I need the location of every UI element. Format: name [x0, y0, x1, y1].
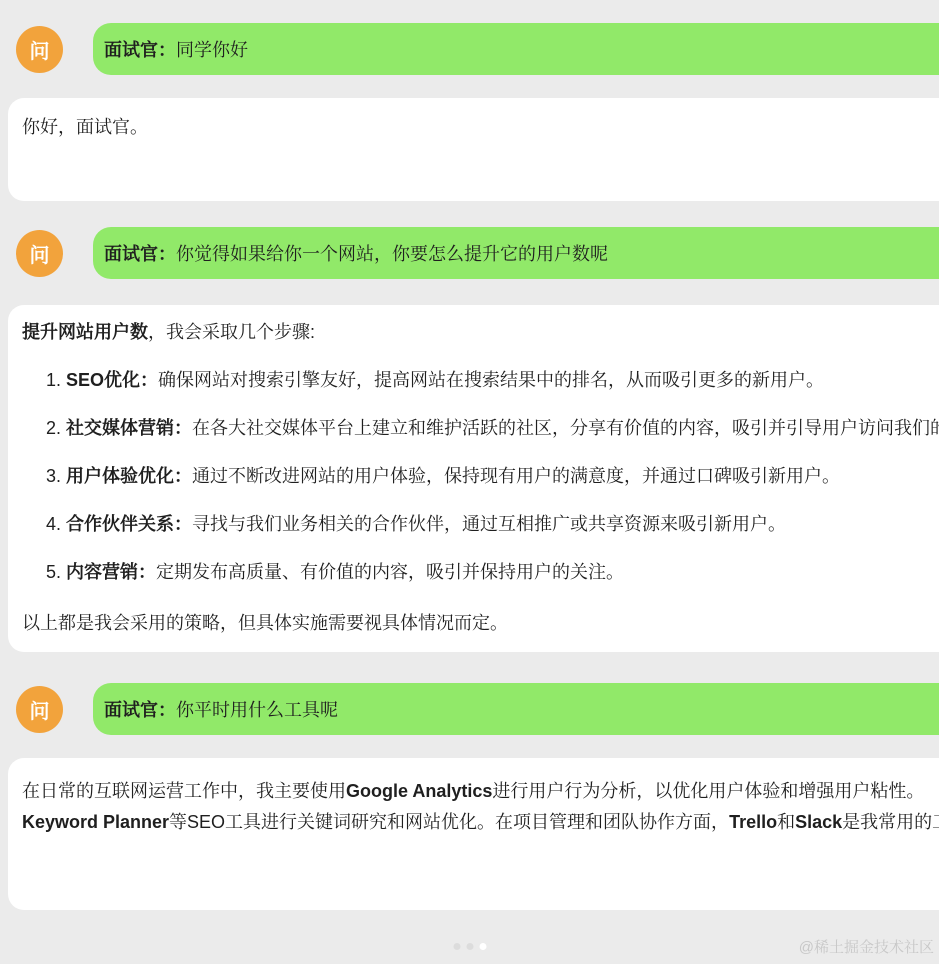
list-item: 1. SEO优化：确保网站对搜索引擎友好，提高网站在搜索结果中的排名，从而吸引更…: [22, 367, 939, 394]
question-text: 同学你好: [176, 36, 248, 62]
pager-dot-active[interactable]: [479, 943, 486, 950]
interviewer-label: 面试官：: [104, 36, 176, 62]
list-number: 5.: [46, 562, 66, 582]
list-term: SEO优化：: [66, 370, 158, 390]
question-text: 你平时用什么工具呢: [176, 696, 338, 722]
answer-outro: 以上都是我会采用的策略，但具体实施需要视具体情况而定。: [22, 610, 939, 637]
question-badge-icon: 问: [16, 230, 63, 277]
list-term: 内容营销：: [66, 562, 156, 582]
pager-dot[interactable]: [466, 943, 473, 950]
question-bubble-1: 面试官： 同学你好: [93, 23, 939, 75]
answer-intro-rest: ，我会采取几个步骤:: [148, 322, 315, 342]
question-row-2: 问 面试官： 你觉得如果给你一个网站，你要怎么提升它的用户数呢: [0, 227, 939, 279]
list-term: 用户体验优化：: [66, 466, 192, 486]
list-item: 4. 合作伙伴关系：寻找与我们业务相关的合作伙伴，通过互相推广或共享资源来吸引新…: [22, 511, 939, 538]
list-desc: 定期发布高质量、有价值的内容，吸引并保持用户的关注。: [156, 562, 624, 582]
list-desc: 在各大社交媒体平台上建立和维护活跃的社区，分享有价值的内容，吸引并引导用户访问我…: [192, 418, 939, 438]
pager-dot[interactable]: [453, 943, 460, 950]
answer-intro: 提升网站用户数，我会采取几个步骤:: [22, 319, 939, 346]
list-number: 3.: [46, 466, 66, 486]
text-segment-bold: Google Analytics: [346, 781, 492, 801]
interviewer-label: 面试官：: [104, 240, 176, 266]
list-item: 5. 内容营销：定期发布高质量、有价值的内容，吸引并保持用户的关注。: [22, 559, 939, 586]
list-item: 3. 用户体验优化：通过不断改进网站的用户体验，保持现有用户的满意度，并通过口碑…: [22, 463, 939, 490]
list-number: 4.: [46, 514, 66, 534]
question-row-3: 问 面试官： 你平时用什么工具呢: [0, 683, 939, 735]
list-desc: 通过不断改进网站的用户体验，保持现有用户的满意度，并通过口碑吸引新用户。: [192, 466, 840, 486]
watermark: @稀土掘金技术社区: [799, 936, 934, 957]
answer-line: Keyword Planner等SEO工具进行关键词研究和网站优化。在项目管理和…: [22, 807, 939, 838]
question-badge-icon: 问: [16, 26, 63, 73]
answer-intro-bold: 提升网站用户数: [22, 322, 148, 342]
list-desc: 寻找与我们业务相关的合作伙伴，通过互相推广或共享资源来吸引新用户。: [192, 514, 786, 534]
pager-dots[interactable]: [453, 943, 486, 950]
list-number: 1.: [46, 370, 66, 390]
question-bubble-2: 面试官： 你觉得如果给你一个网站，你要怎么提升它的用户数呢: [93, 227, 939, 279]
text-segment: 是我常用的工具。: [842, 812, 939, 832]
answer-text: 你好，面试官。: [22, 114, 939, 141]
text-segment: 进行用户行为分析，以优化用户体验和增强用户粘性。: [492, 781, 924, 801]
answer-card-1: 你好，面试官。: [8, 98, 939, 201]
answer-card-2: 提升网站用户数，我会采取几个步骤: 1. SEO优化：确保网站对搜索引擎友好，提…: [8, 305, 939, 652]
answer-line: 在日常的互联网运营工作中，我主要使用Google Analytics进行用户行为…: [22, 776, 939, 807]
answer-card-3: 在日常的互联网运营工作中，我主要使用Google Analytics进行用户行为…: [8, 758, 939, 910]
question-bubble-3: 面试官： 你平时用什么工具呢: [93, 683, 939, 735]
question-badge-icon: 问: [16, 686, 63, 733]
list-term: 社交媒体营销：: [66, 418, 192, 438]
text-segment-bold: Slack: [795, 812, 842, 832]
list-item: 2. 社交媒体营销：在各大社交媒体平台上建立和维护活跃的社区，分享有价值的内容，…: [22, 415, 939, 442]
interview-chat-page: 问 面试官： 同学你好 你好，面试官。 问 面试官： 你觉得如果给你一个网站，你…: [0, 0, 939, 964]
list-term: 合作伙伴关系：: [66, 514, 192, 534]
list-number: 2.: [46, 418, 66, 438]
text-segment: 和: [777, 812, 795, 832]
question-row-1: 问 面试官： 同学你好: [0, 0, 939, 75]
interviewer-label: 面试官：: [104, 696, 176, 722]
question-text: 你觉得如果给你一个网站，你要怎么提升它的用户数呢: [176, 240, 608, 266]
text-segment-bold: Keyword Planner: [22, 812, 169, 832]
text-segment-bold: Trello: [729, 812, 777, 832]
text-segment: 在日常的互联网运营工作中，我主要使用: [22, 781, 346, 801]
text-segment: 等SEO工具进行关键词研究和网站优化。在项目管理和团队协作方面，: [169, 812, 729, 832]
list-desc: 确保网站对搜索引擎友好，提高网站在搜索结果中的排名，从而吸引更多的新用户。: [158, 370, 824, 390]
